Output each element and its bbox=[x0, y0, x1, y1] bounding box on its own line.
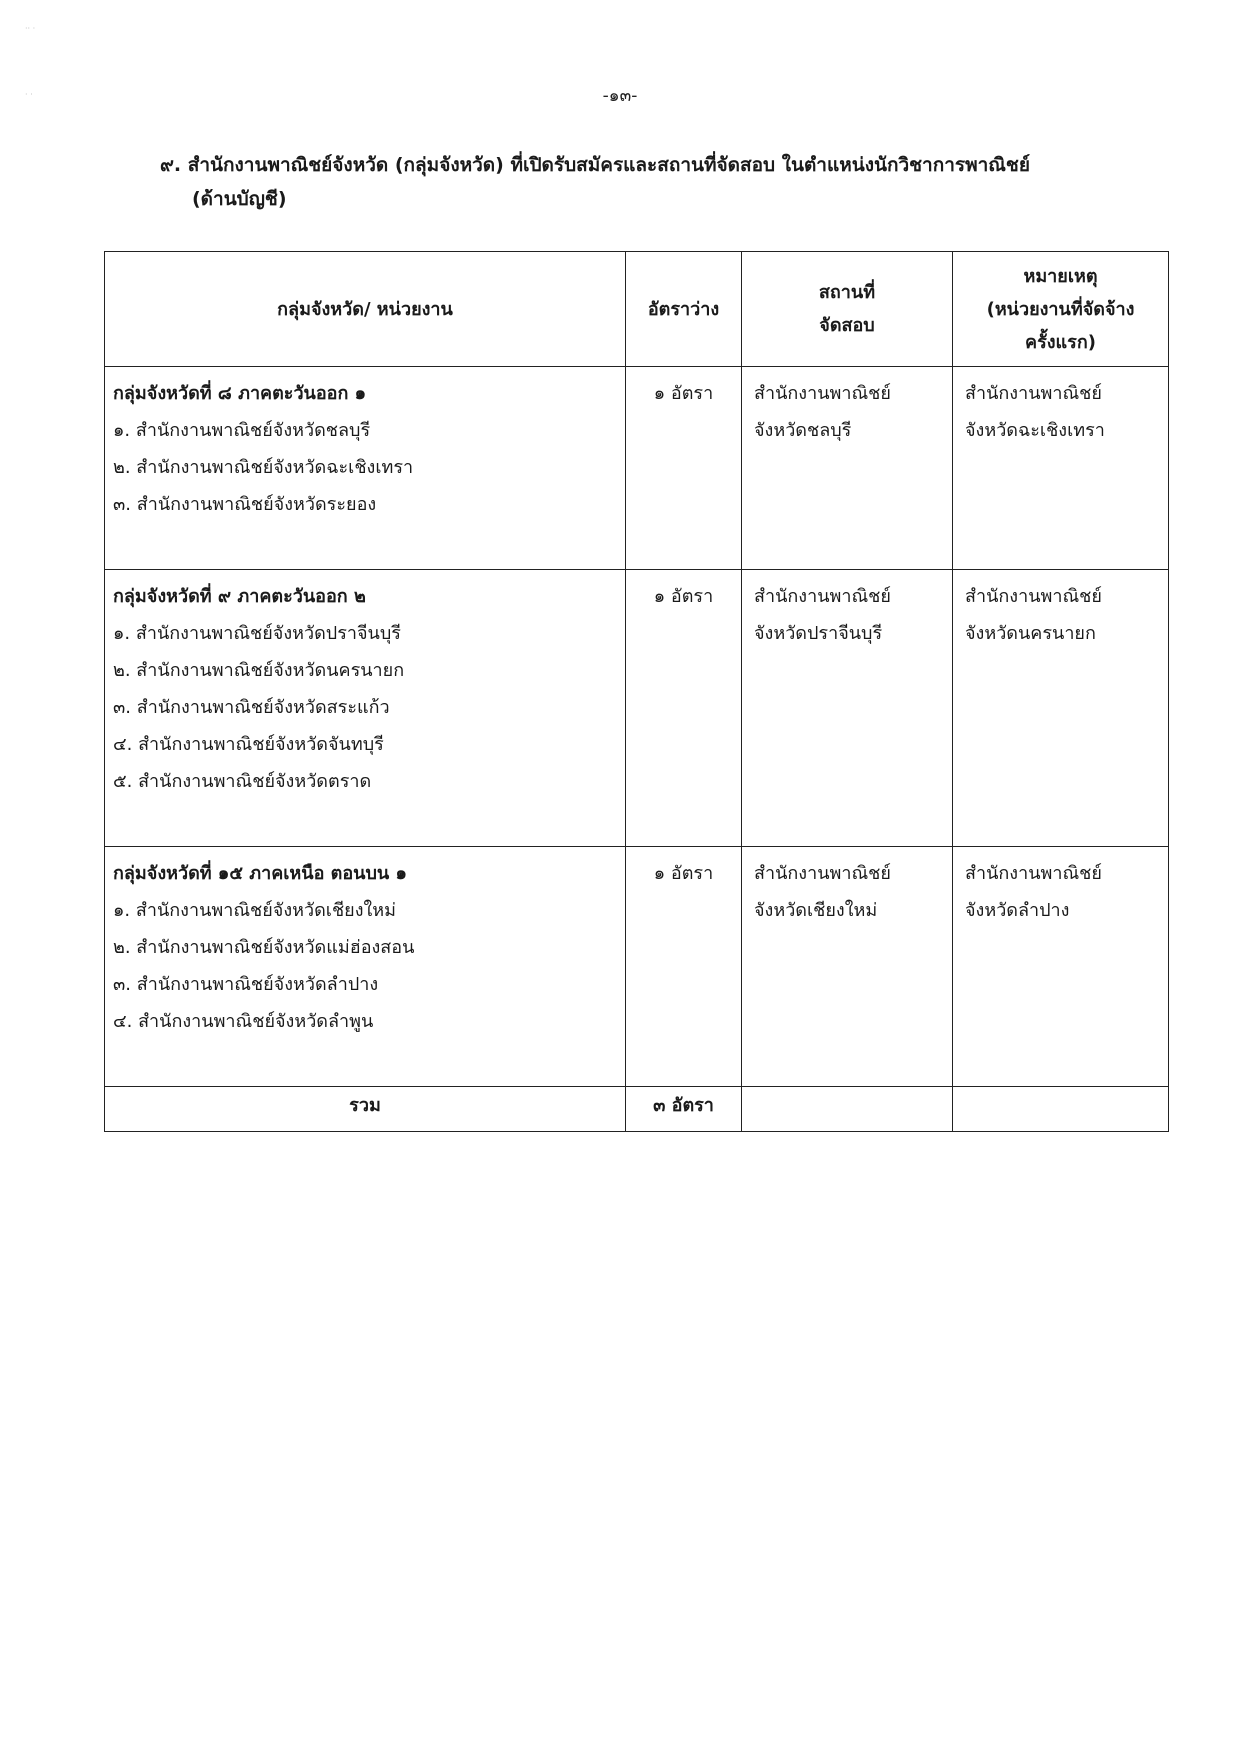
header-remark-line1: หมายเหตุ bbox=[1023, 266, 1097, 287]
header-group: กลุ่มจังหวัด/ หน่วยงาน bbox=[105, 252, 626, 367]
header-vacancy: อัตราว่าง bbox=[626, 252, 742, 367]
remark-cell-line2: จังหวัดฉะเชิงเทรา bbox=[965, 412, 1168, 449]
list-item: ๓. สำนักงานพาณิชย์จังหวัดลำปาง bbox=[113, 966, 625, 1003]
header-remark-line2: (หน่วยงานที่จัดจ้าง bbox=[987, 299, 1135, 320]
list-item: ๒. สำนักงานพาณิชย์จังหวัดนครนายก bbox=[113, 652, 625, 689]
list-item: ๑. สำนักงานพาณิชย์จังหวัดเชียงใหม่ bbox=[113, 892, 625, 929]
header-remark-line3: ครั้งแรก) bbox=[1025, 332, 1096, 353]
group-cell: กลุ่มจังหวัดที่ ๑๕ ภาคเหนือ ตอนบน ๑๑. สำ… bbox=[105, 847, 626, 1087]
group-title: กลุ่มจังหวัดที่ ๘ ภาคตะวันออก ๑ bbox=[113, 375, 625, 412]
exam-location-cell-line2: จังหวัดเชียงใหม่ bbox=[754, 892, 952, 929]
table-body: กลุ่มจังหวัดที่ ๘ ภาคตะวันออก ๑๑. สำนักง… bbox=[105, 367, 1169, 1087]
vacancy-cell: ๑ อัตรา bbox=[626, 847, 742, 1087]
exam-location-cell-line1: สำนักงานพาณิชย์ bbox=[754, 375, 952, 412]
list-item: ๔. สำนักงานพาณิชย์จังหวัดจันทบุรี bbox=[113, 726, 625, 763]
exam-location-cell: สำนักงานพาณิชย์จังหวัดเชียงใหม่ bbox=[742, 847, 953, 1087]
total-exam-location-empty bbox=[742, 1087, 953, 1132]
list-item: ๓. สำนักงานพาณิชย์จังหวัดระยอง bbox=[113, 486, 625, 523]
total-vacancy: ๓ อัตรา bbox=[626, 1087, 742, 1132]
total-row: รวม ๓ อัตรา bbox=[105, 1087, 1169, 1132]
header-exam-location-line2: จัดสอบ bbox=[819, 315, 874, 336]
list-item: ๒. สำนักงานพาณิชย์จังหวัดแม่ฮ่องสอน bbox=[113, 929, 625, 966]
remark-cell-line1: สำนักงานพาณิชย์ bbox=[965, 375, 1168, 412]
list-item: ๑. สำนักงานพาณิชย์จังหวัดชลบุรี bbox=[113, 412, 625, 449]
table-header-row: กลุ่มจังหวัด/ หน่วยงาน อัตราว่าง สถานที่… bbox=[105, 252, 1169, 367]
group-title: กลุ่มจังหวัดที่ ๑๕ ภาคเหนือ ตอนบน ๑ bbox=[113, 855, 625, 892]
group-cell: กลุ่มจังหวัดที่ ๙ ภาคตะวันออก ๒๑. สำนักง… bbox=[105, 570, 626, 847]
section-title: ๙. สำนักงานพาณิชย์จังหวัด (กลุ่มจังหวัด)… bbox=[160, 148, 1120, 216]
group-spacer bbox=[113, 800, 625, 846]
remark-cell-line1: สำนักงานพาณิชย์ bbox=[965, 855, 1168, 892]
section-title-line2: (ด้านบัญชี) bbox=[160, 182, 1120, 216]
exam-location-cell-line2: จังหวัดปราจีนบุรี bbox=[754, 615, 952, 652]
list-item: ๕. สำนักงานพาณิชย์จังหวัดตราด bbox=[113, 763, 625, 800]
group-spacer bbox=[113, 523, 625, 569]
exam-location-cell-line1: สำนักงานพาณิชย์ bbox=[754, 578, 952, 615]
group-title: กลุ่มจังหวัดที่ ๙ ภาคตะวันออก ๒ bbox=[113, 578, 625, 615]
remark-cell: สำนักงานพาณิชย์จังหวัดนครนายก bbox=[953, 570, 1169, 847]
remark-cell-line2: จังหวัดลำปาง bbox=[965, 892, 1168, 929]
remark-cell-line2: จังหวัดนครนายก bbox=[965, 615, 1168, 652]
table-row: กลุ่มจังหวัดที่ ๑๕ ภาคเหนือ ตอนบน ๑๑. สำ… bbox=[105, 847, 1169, 1087]
remark-cell: สำนักงานพาณิชย์จังหวัดลำปาง bbox=[953, 847, 1169, 1087]
vacancy-table: กลุ่มจังหวัด/ หน่วยงาน อัตราว่าง สถานที่… bbox=[104, 251, 1169, 1132]
remark-cell: สำนักงานพาณิชย์จังหวัดฉะเชิงเทรา bbox=[953, 367, 1169, 570]
table-row: กลุ่มจังหวัดที่ ๙ ภาคตะวันออก ๒๑. สำนักง… bbox=[105, 570, 1169, 847]
group-cell: กลุ่มจังหวัดที่ ๘ ภาคตะวันออก ๑๑. สำนักง… bbox=[105, 367, 626, 570]
list-item: ๑. สำนักงานพาณิชย์จังหวัดปราจีนบุรี bbox=[113, 615, 625, 652]
list-item: ๓. สำนักงานพาณิชย์จังหวัดสระแก้ว bbox=[113, 689, 625, 726]
header-remark: หมายเหตุ (หน่วยงานที่จัดจ้าง ครั้งแรก) bbox=[953, 252, 1169, 367]
page-number: -๑๓- bbox=[0, 82, 1240, 109]
remark-cell-line1: สำนักงานพาณิชย์ bbox=[965, 578, 1168, 615]
total-label: รวม bbox=[105, 1087, 626, 1132]
vacancy-cell: ๑ อัตรา bbox=[626, 570, 742, 847]
exam-location-cell-line2: จังหวัดชลบุรี bbox=[754, 412, 952, 449]
header-exam-location-line1: สถานที่ bbox=[819, 282, 875, 303]
table-row: กลุ่มจังหวัดที่ ๘ ภาคตะวันออก ๑๑. สำนักง… bbox=[105, 367, 1169, 570]
exam-location-cell: สำนักงานพาณิชย์จังหวัดปราจีนบุรี bbox=[742, 570, 953, 847]
exam-location-cell-line1: สำนักงานพาณิชย์ bbox=[754, 855, 952, 892]
exam-location-cell: สำนักงานพาณิชย์จังหวัดชลบุรี bbox=[742, 367, 953, 570]
vacancy-cell: ๑ อัตรา bbox=[626, 367, 742, 570]
scan-artifact: ·· · bbox=[25, 24, 35, 33]
list-item: ๒. สำนักงานพาณิชย์จังหวัดฉะเชิงเทรา bbox=[113, 449, 625, 486]
total-remark-empty bbox=[953, 1087, 1169, 1132]
header-exam-location: สถานที่ จัดสอบ bbox=[742, 252, 953, 367]
section-title-line1: ๙. สำนักงานพาณิชย์จังหวัด (กลุ่มจังหวัด)… bbox=[160, 154, 1030, 176]
group-spacer bbox=[113, 1040, 625, 1086]
list-item: ๔. สำนักงานพาณิชย์จังหวัดลำพูน bbox=[113, 1003, 625, 1040]
